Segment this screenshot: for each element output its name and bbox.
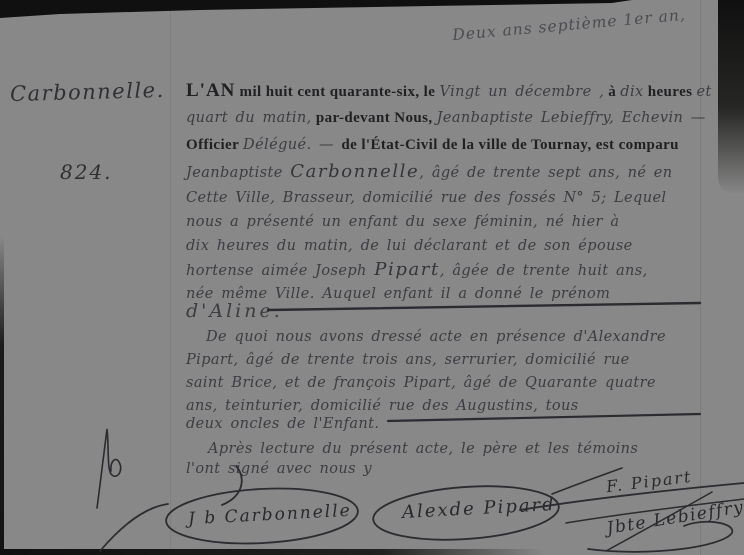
act-text: mil huit cent quarante-six, le [235, 84, 439, 100]
act-line-1: L'AN mil huit cent quarante-six, le Ving… [186, 80, 712, 102]
act-text: Officier [186, 137, 243, 153]
act-line-5: Cette Ville, Brasseur, domicilié rue des… [186, 187, 666, 206]
mother-name: Pipart [374, 259, 440, 280]
rule-line [268, 303, 700, 310]
act-text: Vingt un décembre , [439, 84, 604, 100]
act-text: saint Brice, et de françois Pipart, âgé … [186, 375, 656, 391]
act-text: et [697, 84, 712, 100]
act-line-2: quart du matin, par-devant Nous, Jeanbap… [186, 107, 706, 127]
act-text: Délégué. — [243, 137, 341, 153]
act-text: de l'État-Civil de la ville de Tournay, … [341, 137, 679, 153]
act-line-3: Officier Délégué. — de l'État-Civil de l… [186, 134, 679, 154]
act-text: Jeanbaptiste [186, 165, 290, 181]
act-line-6: nous a présenté un enfant du sexe fémini… [186, 211, 619, 230]
signature-witness1: Alexde Pipard [402, 494, 557, 523]
registry-annotation: Deux ans septième 1er an, [452, 6, 687, 44]
act-line-15: deux oncles de l'Enfant. [186, 413, 379, 432]
act-text: quart du matin, [186, 110, 312, 126]
act-text: par-devant Nous, [312, 110, 437, 126]
act-text: De quoi nous avons dressé acte en présen… [206, 329, 666, 345]
act-line-12: Pipart, âgé de trente trois ans, serruri… [186, 349, 630, 368]
act-text: à [604, 84, 620, 100]
signature-officer: Jbte Lebieffry [605, 497, 744, 539]
signature-father: J b Carbonnelle [188, 501, 353, 530]
act-text: nous a présenté un enfant du sexe fémini… [186, 214, 619, 230]
act-text: L'AN [186, 80, 235, 101]
act-line-16: Après lecture du présent acte, le père e… [208, 438, 638, 457]
act-line-8: hortense aimée Joseph Pipart, âgée de tr… [186, 259, 648, 280]
act-line-11: De quoi nous avons dressé acte en présen… [206, 326, 666, 345]
act-text: heures [644, 84, 697, 100]
act-text: , âgée de trente huit ans, [440, 263, 648, 279]
act-text: deux oncles de l'Enfant. [186, 416, 379, 432]
rule-line [388, 414, 700, 421]
act-text: Après lecture du présent acte, le père e… [208, 441, 638, 457]
act-text: ans, teinturier, domicilié rue des Augus… [186, 398, 579, 414]
act-text: Pipart, âgé de trente trois ans, serruri… [186, 352, 630, 368]
flourish [100, 504, 168, 551]
child-name: d'Aline. [186, 300, 283, 322]
act-number: 824. [60, 160, 113, 184]
act-text: , âgé de trente sept ans, né en [419, 165, 672, 181]
act-text: dix heures du matin, de lui déclarant et… [186, 238, 633, 254]
act-line-13: saint Brice, et de françois Pipart, âgé … [186, 372, 656, 391]
act-text: l'ont signé avec nous y [186, 461, 372, 477]
signature-witness2: F. Pipart [605, 467, 693, 496]
officer-paraphe [97, 429, 121, 508]
act-line-7: dix heures du matin, de lui déclarant et… [186, 235, 633, 254]
margin-surname: Carbonnelle. [10, 78, 165, 106]
paper-crease-left [170, 0, 171, 555]
scan-edge-left [0, 235, 4, 555]
civil-register-page: Deux ans septième 1er an, Carbonnelle. 8… [0, 0, 744, 555]
scan-edge-bottom [0, 549, 545, 555]
act-line-17: l'ont signé avec nous y [186, 458, 372, 477]
act-text: dix [620, 84, 643, 100]
father-name: Carbonnelle [290, 161, 419, 182]
act-line-14: ans, teinturier, domicilié rue des Augus… [186, 395, 579, 414]
scan-edge-right [718, 0, 744, 195]
act-line-4: Jeanbaptiste Carbonnelle, âgé de trente … [186, 161, 673, 182]
act-text: Jeanbaptiste Lebieffry, Echevin — [437, 110, 706, 126]
act-line-10: d'Aline. [186, 300, 283, 322]
act-text: Cette Ville, Brasseur, domicilié rue des… [186, 190, 666, 206]
act-text: hortense aimée Joseph [186, 263, 374, 279]
